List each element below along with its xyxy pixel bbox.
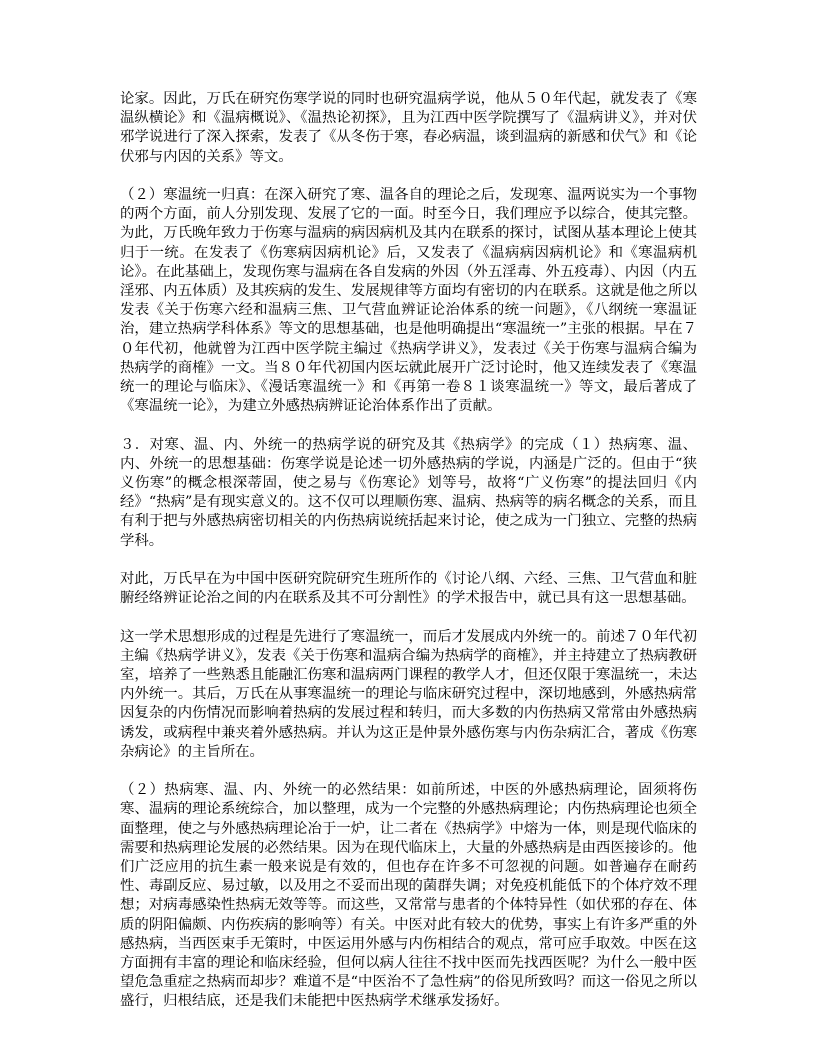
paragraph: 论家。因此，万氏在研究伤寒学说的同时也研究温病学说，他从５０年代起，就发表了《寒… bbox=[120, 90, 697, 167]
paragraph: 对此，万氏早在为中国中医研究院研究生班所作的《讨论八纲、六经、三焦、卫气营血和脏… bbox=[120, 570, 697, 608]
paragraph: （２）寒温统一归真：在深入研究了寒、温各自的理论之后，发现寒、温两说实为一个事物… bbox=[120, 186, 697, 416]
document-page: 论家。因此，万氏在研究伤寒学说的同时也研究温病学说，他从５０年代起，就发表了《寒… bbox=[0, 0, 816, 1056]
paragraph: ３．对寒、温、内、外统一的热病学说的研究及其《热病学》的完成（１）热病寒、温、内… bbox=[120, 436, 697, 551]
paragraph: （２）热病寒、温、内、外统一的必然结果：如前所述，中医的外感热病理论，固须将伤寒… bbox=[120, 781, 697, 1011]
paragraph: 这一学术思想形成的过程是先进行了寒温统一，而后才发展成内外统一的。前述７０年代初… bbox=[120, 628, 697, 762]
document-body-text: 论家。因此，万氏在研究伤寒学说的同时也研究温病学说，他从５０年代起，就发表了《寒… bbox=[120, 90, 697, 1012]
